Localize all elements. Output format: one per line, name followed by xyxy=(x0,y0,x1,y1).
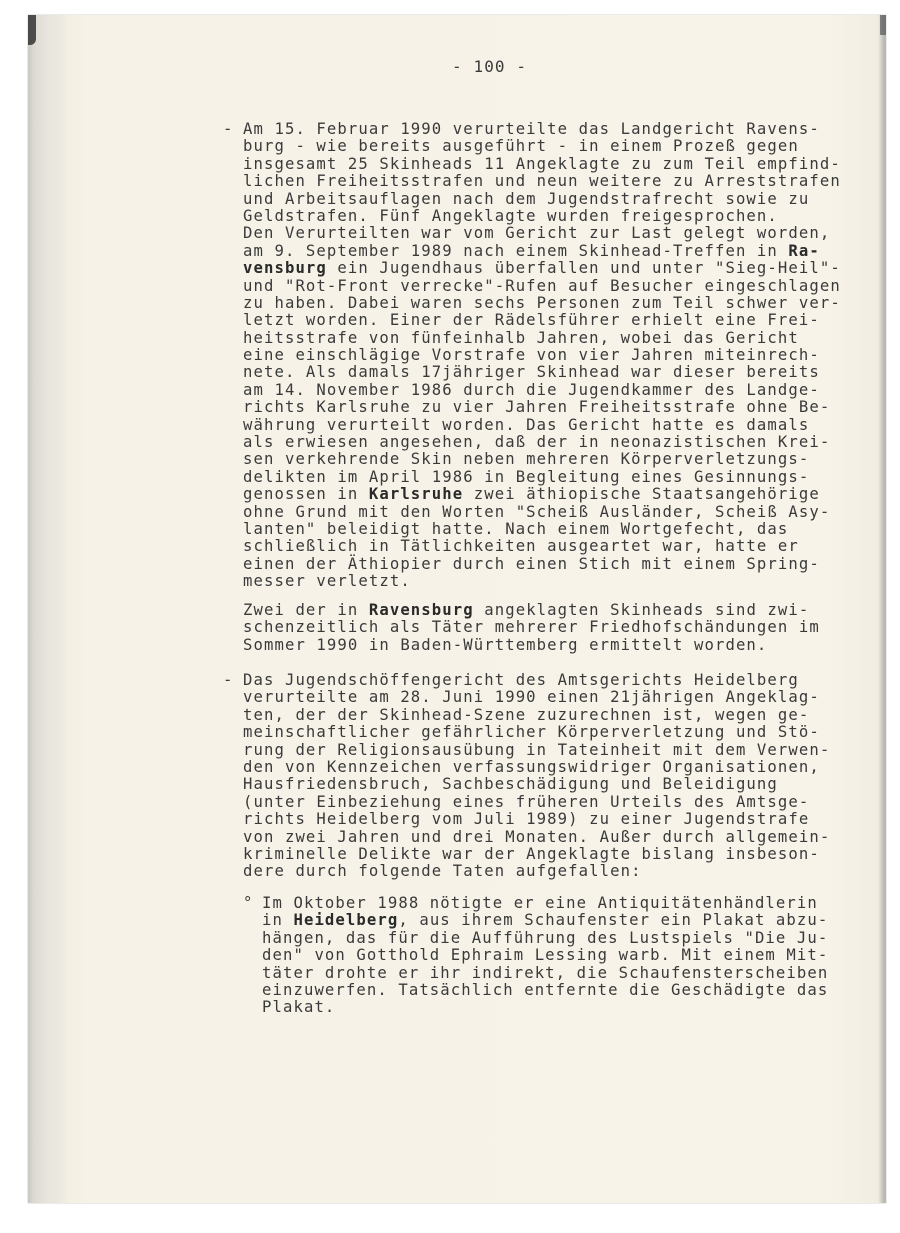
text-line: rung der Religionsausübung in Tateinheit… xyxy=(243,742,830,759)
text-line: Das Jugendschöffengericht des Amtsgerich… xyxy=(243,672,830,689)
text-line: als erwiesen angesehen, daß der in neona… xyxy=(243,434,841,451)
text-line: hängen, das für die Aufführung des Lusts… xyxy=(262,930,828,947)
text-line: richts Heidelberg vom Juli 1989) zu eine… xyxy=(243,811,830,828)
text-line: und Arbeitsauflagen nach dem Jugendstraf… xyxy=(243,191,841,208)
text-line: verurteilte am 28. Juni 1990 einen 21jäh… xyxy=(243,689,830,706)
text-line: Zwei der in Ravensburg angeklagten Skinh… xyxy=(243,602,820,619)
text-line: heitsstrafe von fünfeinhalb Jahren, wobe… xyxy=(243,330,841,347)
list-bullet-marker: ° xyxy=(243,895,254,912)
text-line: Im Oktober 1988 nötigte er eine Antiquit… xyxy=(262,895,828,912)
text-line: burg - wie bereits ausgeführt - in einem… xyxy=(243,138,841,155)
text-line: am 14. November 1986 durch die Jugendkam… xyxy=(243,382,841,399)
text-line: sen verkehrende Skin neben mehreren Körp… xyxy=(243,451,841,468)
emphasized-place-name: Ra- xyxy=(788,242,819,260)
text-line: den von Kennzeichen verfassungswidriger … xyxy=(243,759,830,776)
text-line: messer verletzt. xyxy=(243,573,841,590)
text-line: und "Rot-Front verrecke"-Rufen auf Besuc… xyxy=(243,278,841,295)
text-line: schließlich in Tätlichkeiten ausgeartet … xyxy=(243,538,841,555)
text-line: ohne Grund mit den Worten "Scheiß Auslän… xyxy=(243,504,841,521)
text-line: letzt worden. Einer der Rädelsführer erh… xyxy=(243,312,841,329)
paragraph-cemetery-desecration: Zwei der in Ravensburg angeklagten Skinh… xyxy=(243,602,820,654)
paragraph-bullet-antique-dealer: Im Oktober 1988 nötigte er eine Antiquit… xyxy=(262,895,828,1017)
list-dash-marker: - xyxy=(223,121,234,138)
text-line: lichen Freiheitsstrafen und neun weitere… xyxy=(243,173,841,190)
emphasized-place-name: Heidelberg xyxy=(293,911,398,929)
text-line: von zwei Jahren und drei Monaten. Außer … xyxy=(243,829,830,846)
text-line: einzuwerfen. Tatsächlich entfernte die G… xyxy=(262,982,828,999)
text-line: nete. Als damals 17jähriger Skinhead war… xyxy=(243,364,841,381)
text-line: währung verurteilt worden. Das Gericht h… xyxy=(243,417,841,434)
text-line: Den Verurteilten war vom Gericht zur Las… xyxy=(243,225,841,242)
page-number: - 100 - xyxy=(452,58,527,75)
emphasized-place-name: Ravensburg xyxy=(369,601,474,619)
text-line: Am 15. Februar 1990 verurteilte das Land… xyxy=(243,121,841,138)
emphasized-place-name: vensburg xyxy=(243,259,327,277)
text-line: richts Karlsruhe zu vier Jahren Freiheit… xyxy=(243,399,841,416)
text-line: dere durch folgende Taten aufgefallen: xyxy=(243,863,830,880)
text-line: den" von Gotthold Ephraim Lessing warb. … xyxy=(262,947,828,964)
text-line: Plakat. xyxy=(262,999,828,1016)
text-line: eine einschlägige Vorstrafe von vier Jah… xyxy=(243,347,841,364)
emphasized-place-name: Karlsruhe xyxy=(369,485,463,503)
text-line: ten, der der Skinhead-Szene zuzurechnen … xyxy=(243,707,830,724)
text-line: (unter Einbeziehung eines früheren Urtei… xyxy=(243,794,830,811)
text-line: vensburg ein Jugendhaus überfallen und u… xyxy=(243,260,841,277)
text-line: einen der Äthiopier durch einen Stich mi… xyxy=(243,556,841,573)
text-line: am 9. September 1989 nach einem Skinhead… xyxy=(243,243,841,260)
text-line: Sommer 1990 in Baden-Württemberg ermitte… xyxy=(243,637,820,654)
text-line: täter drohte er ihr indirekt, die Schauf… xyxy=(262,965,828,982)
text-line: delikten im April 1986 in Begleitung ein… xyxy=(243,469,841,486)
text-line: in Heidelberg, aus ihrem Schaufenster ei… xyxy=(262,912,828,929)
paragraph-verdict-ravensburg: Am 15. Februar 1990 verurteilte das Land… xyxy=(243,121,841,591)
text-line: Geldstrafen. Fünf Angeklagte wurden frei… xyxy=(243,208,841,225)
paragraph-verdict-heidelberg: Das Jugendschöffengericht des Amtsgerich… xyxy=(243,672,830,881)
text-line: schenzeitlich als Täter mehrerer Friedho… xyxy=(243,619,820,636)
text-line: kriminelle Delikte war der Angeklagte bi… xyxy=(243,846,830,863)
list-dash-marker: - xyxy=(223,672,234,689)
text-line: genossen in Karlsruhe zwei äthiopische S… xyxy=(243,486,841,503)
text-line: meinschaftlicher gefährlicher Körperverl… xyxy=(243,724,830,741)
text-line: zu haben. Dabei waren sechs Personen zum… xyxy=(243,295,841,312)
text-line: lanten" beleidigt hatte. Nach einem Wort… xyxy=(243,521,841,538)
text-line: insgesamt 25 Skinheads 11 Angeklagte zu … xyxy=(243,156,841,173)
text-line: Hausfriedensbruch, Sachbeschädigung und … xyxy=(243,776,830,793)
